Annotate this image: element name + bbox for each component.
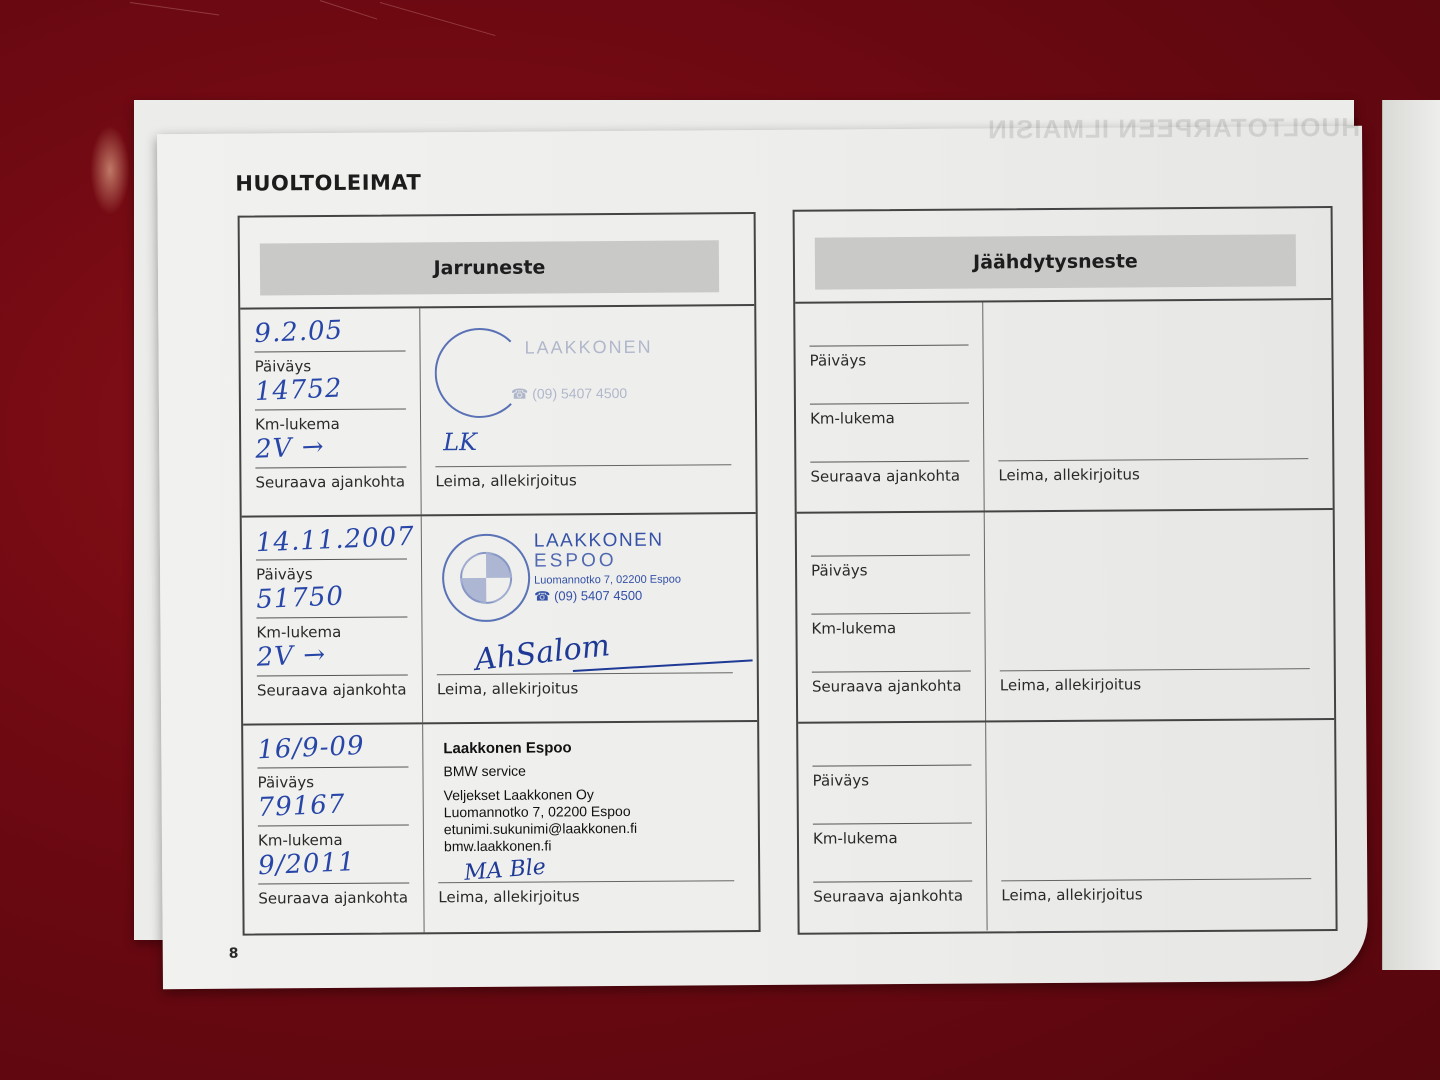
date-label: Päiväys — [257, 773, 314, 791]
stamp-name: LAAKKONEN — [534, 531, 681, 552]
stamp-address: Luomannotko 7, 02200 Espoo — [534, 573, 681, 589]
mileage-field[interactable]: Km-lukema — [810, 381, 969, 440]
dealer-address: Luomannotko 7, 02200 Espoo — [444, 803, 637, 821]
date-label: Päiväys — [810, 351, 867, 369]
stamp-label: Leima, allekirjoitus — [1001, 885, 1142, 904]
date-label: Päiväys — [811, 561, 868, 579]
date-field[interactable]: Päiväys — [812, 743, 971, 802]
mileage-label: Km-lukema — [813, 829, 898, 848]
mileage-label: Km-lukema — [810, 409, 895, 428]
mileage-label: Km-lukema — [258, 831, 343, 850]
service-entry-row: Päiväys Km-lukema Seuraava ajankohta Lei… — [798, 720, 1335, 932]
stamp-signature-field[interactable]: Leima, allekirjoitus — [998, 436, 1308, 496]
service-entry-row: 16/9-09 Päiväys 79167 Km-lukema 9/2011 S… — [243, 722, 758, 934]
bleed-through-heading: HUOLTOTARPEEN ILMAISIN — [987, 112, 1360, 146]
dealer-website: bmw.laakkonen.fi — [444, 837, 637, 855]
date-label: Päiväys — [255, 357, 312, 375]
mileage-label: Km-lukema — [255, 415, 340, 434]
mileage-label: Km-lukema — [256, 623, 341, 642]
table-title: Jarruneste — [260, 240, 719, 295]
entry-fields: Päiväys Km-lukema Seuraava ajankohta — [798, 722, 987, 931]
scratch — [130, 2, 219, 16]
dealer-service: BMW service — [443, 762, 636, 779]
entry-fields: Päiväys Km-lukema Seuraava ajankohta — [795, 302, 984, 511]
light-glare — [90, 125, 130, 215]
brake-fluid-table: Jarruneste 9.2.05 Päiväys 14752 Km-lukem… — [238, 212, 761, 936]
handwritten-next: 2V → — [256, 640, 327, 673]
date-field[interactable]: Päiväys — [811, 533, 970, 592]
mileage-label: Km-lukema — [811, 619, 896, 638]
next-label: Seuraava ajankohta — [813, 887, 963, 906]
next-label: Seuraava ajankohta — [258, 888, 408, 907]
stamp-name: LAAKKONEN — [524, 337, 652, 359]
next-label: Seuraava ajankohta — [257, 680, 407, 699]
service-entry-row: Päiväys Km-lukema Seuraava ajankohta Lei… — [797, 510, 1334, 724]
next-service-field[interactable]: 2V → Seuraava ajankohta — [257, 652, 408, 711]
table-header: Jarruneste — [240, 214, 755, 310]
scratch — [320, 0, 377, 19]
page-number: 8 — [229, 946, 239, 962]
handwritten-date: 14.11.2007 — [255, 522, 415, 559]
date-label: Päiväys — [256, 565, 313, 583]
handwritten-mileage: 79167 — [257, 789, 346, 823]
date-label: Päiväys — [812, 771, 869, 789]
stamp-cell: Leima, allekirjoitus — [986, 720, 1335, 930]
stamp-signature-field[interactable]: Leima, allekirjoitus — [1001, 856, 1311, 916]
scratch — [380, 2, 496, 36]
handwritten-mileage: 51750 — [256, 581, 345, 615]
stamp-label: Leima, allekirjoitus — [998, 465, 1139, 484]
dealer-email: etunimi.sukunimi@laakkonen.fi — [444, 820, 637, 838]
service-entry-row: Päiväys Km-lukema Seuraava ajankohta Lei… — [795, 300, 1332, 514]
mileage-field[interactable]: Km-lukema — [813, 801, 972, 860]
dealer-stamp: Laakkonen Espoo BMW service Veljekset La… — [443, 739, 637, 855]
stamp-label: Leima, allekirjoitus — [437, 679, 578, 698]
stamp-phone: ☎ (09) 5407 4500 — [511, 385, 627, 403]
stamp-signature-field[interactable]: Leima, allekirjoitus — [438, 858, 734, 918]
mileage-field[interactable]: Km-lukema — [811, 591, 970, 650]
handwritten-date: 9.2.05 — [254, 315, 344, 349]
date-field[interactable]: Päiväys — [809, 323, 968, 382]
stamp-label: Leima, allekirjoitus — [438, 887, 579, 906]
entry-fields: 16/9-09 Päiväys 79167 Km-lukema 9/2011 S… — [243, 724, 424, 933]
next-label: Seuraava ajankohta — [255, 472, 405, 491]
next-service-field[interactable]: Seuraava ajankohta — [812, 649, 971, 708]
stamp-label: Leima, allekirjoitus — [1000, 675, 1141, 694]
entry-fields: Päiväys Km-lukema Seuraava ajankohta — [797, 512, 986, 721]
booklet-right-page-edge — [1382, 100, 1440, 970]
stamp-cell: LAAKKONEN ☎ (09) 5407 4500 LK Leima, all… — [420, 306, 755, 514]
dealer-name: Laakkonen Espoo — [443, 739, 636, 757]
stamp-cell: Laakkonen Espoo BMW service Veljekset La… — [423, 722, 758, 932]
next-service-field[interactable]: 9/2011 Seuraava ajankohta — [258, 860, 409, 919]
handwritten-next: 9/2011 — [258, 847, 357, 881]
bmw-logo-icon — [460, 552, 512, 604]
service-booklet-page: HUOLTOTARPEEN ILMAISIN HUOLTOLEIMAT Jarr… — [157, 126, 1368, 989]
stamp-city: ESPOO — [534, 551, 681, 572]
service-entry-row: 9.2.05 Päiväys 14752 Km-lukema 2V → Seur… — [240, 306, 755, 518]
handwritten-next: 2V → — [255, 432, 326, 465]
next-service-field[interactable]: Seuraava ajankohta — [813, 859, 972, 918]
table-title: Jäähdytysneste — [815, 234, 1296, 289]
stamp-signature-field[interactable]: LK Leima, allekirjoitus — [435, 442, 731, 502]
next-service-field[interactable]: 2V → Seuraava ajankohta — [255, 444, 406, 503]
service-entry-row: 14.11.2007 Päiväys 51750 Km-lukema 2V → … — [242, 514, 757, 726]
next-service-field[interactable]: Seuraava ajankohta — [810, 439, 969, 498]
stamp-cell: LAAKKONEN ESPOO Luomannotko 7, 02200 Esp… — [422, 514, 757, 722]
stamp-cell: Leima, allekirjoitus — [983, 300, 1332, 510]
handwritten-date: 16/9-09 — [257, 731, 365, 765]
stamp-label: Leima, allekirjoitus — [435, 471, 576, 490]
dealer-stamp: LAAKKONEN ESPOO Luomannotko 7, 02200 Esp… — [534, 531, 681, 605]
stamp-cell: Leima, allekirjoitus — [985, 510, 1334, 720]
next-label: Seuraava ajankohta — [810, 467, 960, 486]
page-title: HUOLTOLEIMAT — [235, 170, 421, 195]
next-label: Seuraava ajankohta — [812, 677, 962, 696]
dealer-company: Veljekset Laakkonen Oy — [444, 786, 637, 804]
handwritten-initials: LK — [443, 428, 477, 456]
stamp-circle-icon — [434, 328, 525, 419]
entry-fields: 9.2.05 Päiväys 14752 Km-lukema 2V → Seur… — [240, 308, 421, 515]
coolant-table: Jäähdytysneste Päiväys Km-lukema Seuraav… — [793, 206, 1338, 935]
stamp-phone: ☎ (09) 5407 4500 — [534, 588, 681, 605]
stamp-signature-field[interactable]: Leima, allekirjoitus — [437, 650, 733, 710]
handwritten-mileage: 14752 — [254, 373, 343, 407]
entry-fields: 14.11.2007 Päiväys 51750 Km-lukema 2V → … — [242, 516, 423, 723]
stamp-signature-field[interactable]: Leima, allekirjoitus — [1000, 646, 1310, 706]
table-header: Jäähdytysneste — [795, 208, 1332, 304]
